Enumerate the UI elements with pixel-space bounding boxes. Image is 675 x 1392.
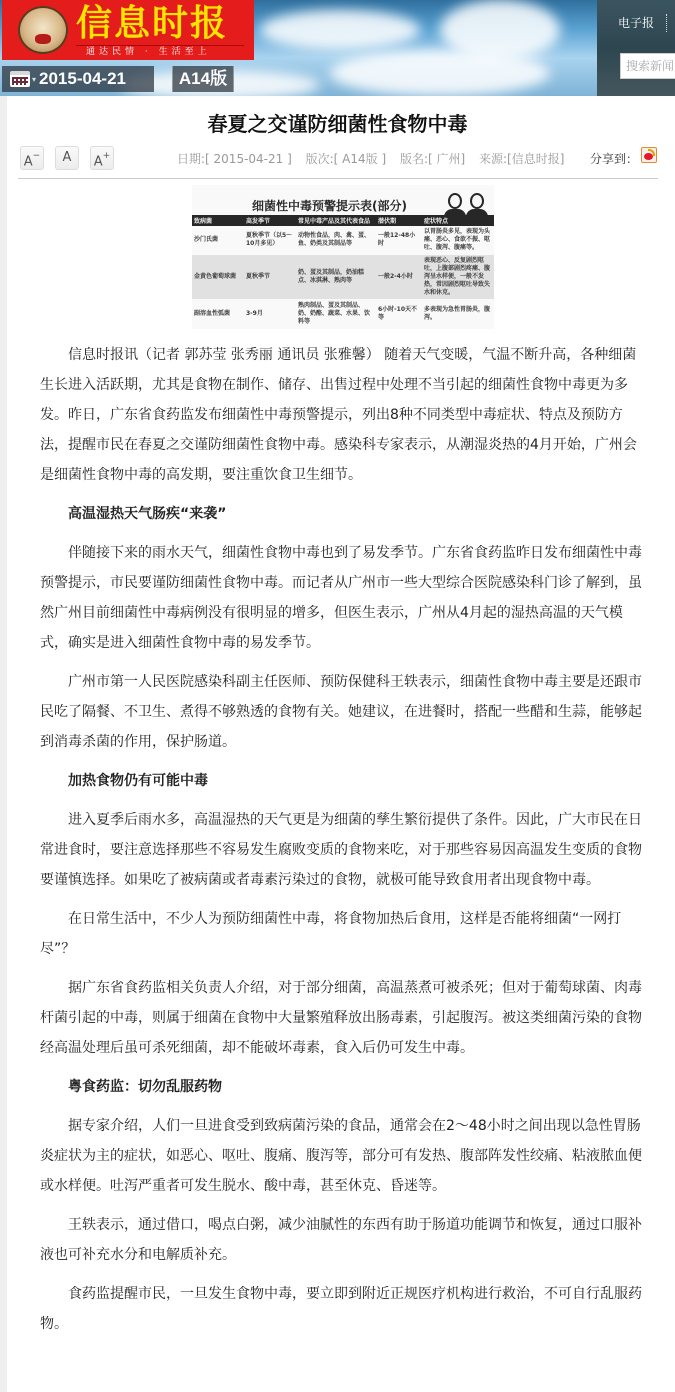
header-banner: 信息时报 通达民情 · 生活至上 ▾ 2015-04-21 A14版 电子报 搜… <box>0 0 675 96</box>
share-label: 分享到： <box>590 150 638 167</box>
figure-col-header: 致病菌 <box>192 215 244 226</box>
header-divider <box>18 178 658 179</box>
figure-cell: 夏秋季节 <box>244 255 296 300</box>
paragraph: 信息时报讯（记者 郭苏莹 张秀丽 通讯员 张雅馨） 随着天气变暖，气温不断升高，… <box>40 340 645 490</box>
figure-row: 副溶血性弧菌 3-9月 熟肉制品、蛋及其制品、奶、奶酪、蔬菜、水果、饮料等 6小… <box>192 300 494 329</box>
paragraph: 据广东省食药监相关负责人介绍，对于部分细菌，高温蒸煮可被杀死；但对于葡萄球菌、肉… <box>40 973 645 1063</box>
figure-col-header: 潜伏期 <box>376 215 422 226</box>
font-increase-button[interactable]: A+ <box>90 146 114 170</box>
edition-selector[interactable]: A14版 <box>172 66 234 92</box>
meta-section: 版名:[ 广州] <box>400 152 465 166</box>
logo-slogan: 通达民情 · 生活至上 <box>86 46 211 58</box>
warning-table-figure[interactable]: 细菌性中毒预警提示表(部分) 致病菌 高发季节 常见中毒产品及其代表食品 潜伏期… <box>192 185 494 329</box>
font-reset-button[interactable]: A <box>55 146 79 170</box>
figure-cell: 夏秋季节（以5～10月多见） <box>244 226 296 255</box>
cloud-decoration <box>260 10 420 50</box>
font-decrease-label: A <box>24 154 33 169</box>
cloud-decoration <box>440 0 560 60</box>
figure-cell: 动物性食品，肉、禽、蛋、鱼、奶类及其制品等 <box>296 226 376 255</box>
article-meta: 日期:[ 2015-04-21 ] 版次:[ A14版 ] 版名:[ 广州] 来… <box>177 150 574 167</box>
meta-source: 来源:[信息时报] <box>479 152 564 166</box>
site-logo[interactable]: 信息时报 通达民情 · 生活至上 <box>2 0 254 60</box>
figure-cell: 3-9月 <box>244 300 296 329</box>
figure-cell: 一般12-48小时 <box>376 226 422 255</box>
chevron-down-icon[interactable]: ▾ <box>32 75 36 84</box>
figure-cell: 副溶血性弧菌 <box>192 300 244 329</box>
article-title: 春夏之交谨防细菌性食物中毒 <box>0 108 675 137</box>
paragraph: 食药监提醒市民，一旦发生食物中毒，要立即到附近正规医疗机构进行救治，不可自行乱服… <box>40 1279 645 1339</box>
figure-cell: 表现恶心、反复剧烈呕吐，上腹部剧烈疼痛、腹泻呈水样便，一般不发热，常因剧烈呕吐导… <box>422 255 494 300</box>
search-input[interactable]: 搜索新闻 <box>620 53 675 79</box>
paragraph: 王轶表示，通过借口，喝点白粥，减少油腻性的东西有助于肠道功能调节和恢复，通过口服… <box>40 1210 645 1270</box>
figure-cell: 含水量高的食品、熟食品、冷盘和冷饮等 <box>296 329 376 330</box>
figure-cell: 熟肉制品、蛋及其制品、奶、奶酪、蔬菜、水果、饮料等 <box>296 300 376 329</box>
logo-title: 信息时报 <box>76 2 228 46</box>
date-picker[interactable]: ▾ 2015-04-21 <box>2 66 154 92</box>
font-increase-label: A <box>94 154 103 169</box>
figure-cell: 腹痛腹泻，呕吐和腹部绞痛，水样便，有时有血便，发热，体温达40℃，重者会出现脱水… <box>422 329 494 330</box>
epaper-link[interactable]: 电子报 <box>618 14 654 31</box>
figure-cell: 沙门氏菌 <box>192 226 244 255</box>
figure-col-header: 高发季节 <box>244 215 296 226</box>
figure-cell: 6小时-10天不等 <box>376 300 422 329</box>
figure-cell: 金黄色葡萄球菌 <box>192 255 244 300</box>
paragraph: 在日常生活中，不少人为预防细菌性中毒，将食物加热后食用，这样是否能将细菌“一网打… <box>40 904 645 964</box>
minus-icon: − <box>33 151 41 161</box>
figure-cell: 以胃肠炎多见，表现为头痛、恶心、食欲不振、呕吐、腹泻、腹痛等。 <box>422 226 494 255</box>
figure-row: 蜡样芽孢杆菌 全年（夏秋季节高发） 含水量高的食品、熟食品、冷盘和冷饮等 10-… <box>192 329 494 330</box>
plus-icon: + <box>103 151 111 161</box>
meta-date: 日期:[ 2015-04-21 ] <box>177 152 292 166</box>
figure-cell: 多表现为急性胃肠炎，腹泻。 <box>422 300 494 329</box>
figure-title: 细菌性中毒预警提示表(部分) <box>252 197 407 214</box>
issue-date: 2015-04-21 <box>39 69 126 89</box>
figure-table: 致病菌 高发季节 常见中毒产品及其代表食品 潜伏期 症状特点 沙门氏菌 夏秋季节… <box>192 215 494 329</box>
meta-edition: 版次:[ A14版 ] <box>306 152 387 166</box>
weibo-icon[interactable] <box>641 147 657 163</box>
figure-row: 沙门氏菌 夏秋季节（以5～10月多见） 动物性食品，肉、禽、蛋、鱼、奶类及其制品… <box>192 226 494 255</box>
figure-cell: 蜡样芽孢杆菌 <box>192 329 244 330</box>
figure-cell: 奶、蛋及其制品，奶油糕点、冰淇淋、熟肉等 <box>296 255 376 300</box>
section-subhead: 加热食物仍有可能中毒 <box>40 766 645 796</box>
font-decrease-button[interactable]: A− <box>20 146 44 170</box>
figure-cell: 全年（夏秋季节高发） <box>244 329 296 330</box>
paragraph: 广州市第一人民医院感染科副主任医师、预防保健科王轶表示，细菌性食物中毒主要是还跟… <box>40 667 645 757</box>
section-subhead: 高温湿热天气肠疾“来袭” <box>40 499 645 529</box>
page-left-edge <box>0 96 7 1392</box>
figure-row: 金黄色葡萄球菌 夏秋季节 奶、蛋及其制品，奶油糕点、冰淇淋、熟肉等 一般2-4小… <box>192 255 494 300</box>
article-body: 信息时报讯（记者 郭苏莹 张秀丽 通讯员 张雅馨） 随着天气变暖，气温不断升高，… <box>40 340 645 1348</box>
section-subhead: 粤食药监：切勿乱服药物 <box>40 1072 645 1102</box>
paragraph: 进入夏季后雨水多，高温湿热的天气更是为细菌的孳生繁衍提供了条件。因此，广大市民在… <box>40 805 645 895</box>
lion-mascot-icon <box>18 6 68 54</box>
figure-cell: 一般2-4小时 <box>376 255 422 300</box>
figure-col-header: 常见中毒产品及其代表食品 <box>296 215 376 226</box>
nurse-head-icon <box>470 193 484 209</box>
figure-col-header: 症状特点 <box>422 215 494 226</box>
figure-cell: 10-24小时 <box>376 329 422 330</box>
paragraph: 据专家介绍，人们一旦进食受到致病菌污染的食品，通常会在2～48小时之间出现以急性… <box>40 1111 645 1201</box>
nav-divider <box>666 14 667 32</box>
font-reset-label: A <box>63 150 72 165</box>
calendar-icon[interactable] <box>10 71 30 87</box>
paragraph: 伴随接下来的雨水天气，细菌性食物中毒也到了易发季节。广东省食药监昨日发布细菌性中… <box>40 538 645 658</box>
doctor-head-icon <box>448 193 462 209</box>
